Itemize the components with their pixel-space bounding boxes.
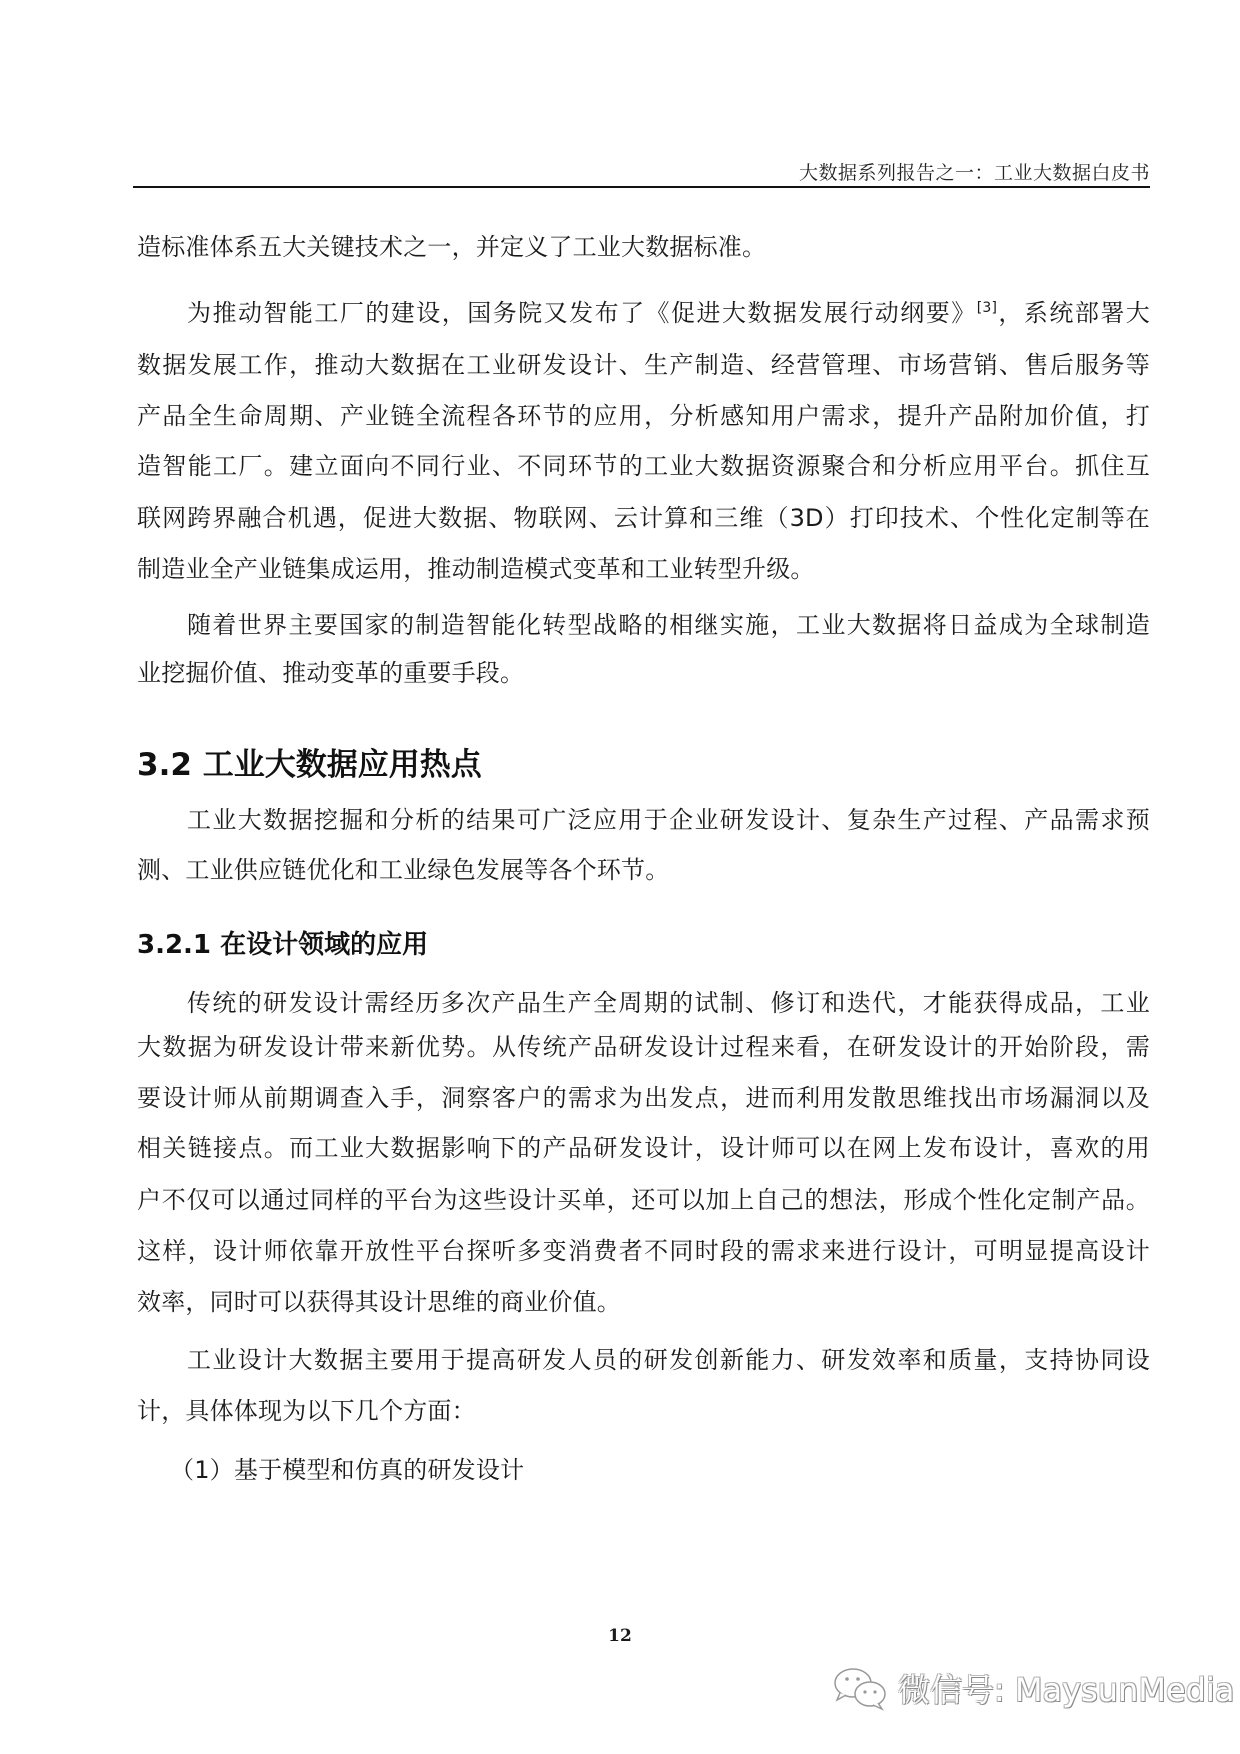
- wechat-watermark: 微信号: MaysunMedia: [832, 1668, 1234, 1708]
- paragraph-line: 测、工业供应链优化和工业绿色发展等各个环节。: [137, 855, 1150, 885]
- paragraph-line: 大数据为研发设计带来新优势。从传统产品研发设计过程来看，在研发设计的开始阶段，需: [137, 1032, 1150, 1062]
- paragraph-line: 计，具体体现为以下几个方面：: [137, 1396, 1150, 1426]
- paragraph-line: 数据发展工作，推动大数据在工业研发设计、生产制造、经营管理、市场营销、售后服务等: [137, 350, 1150, 380]
- paragraph-line: 相关链接点。而工业大数据影响下的产品研发设计，设计师可以在网上发布设计，喜欢的用: [137, 1133, 1150, 1163]
- text-span: ，系统部署大: [997, 299, 1150, 327]
- wechat-icon: [832, 1665, 890, 1711]
- paragraph-line: 造智能工厂。建立面向不同行业、不同环节的工业大数据资源聚合和分析应用平台。抓住互: [137, 451, 1150, 481]
- paragraph-line: 传统的研发设计需经历多次产品生产全周期的试制、修订和迭代，才能获得成品，工业: [187, 988, 1150, 1018]
- paragraph-line: 效率，同时可以获得其设计思维的商业价值。: [137, 1287, 1150, 1317]
- paragraph-line: 业挖掘价值、推动变革的重要手段。: [137, 658, 1150, 688]
- text-span: 为推动智能工厂的建设，国务院又发布了《促进大数据发展行动纲要》: [187, 299, 977, 327]
- paragraph-line: 造标准体系五大关键技术之一，并定义了工业大数据标准。: [137, 232, 1150, 262]
- paragraph-line: 户不仅可以通过同样的平台为这些设计买单，还可以加上自己的想法，形成个性化定制产品…: [137, 1185, 1150, 1215]
- paragraph-line: 制造业全产业链集成运用，推动制造模式变革和工业转型升级。: [137, 554, 1150, 584]
- running-header: 大数据系列报告之一：工业大数据白皮书: [133, 152, 1150, 188]
- watermark-text: 微信号: MaysunMedia: [898, 1665, 1234, 1711]
- paragraph-line: 随着世界主要国家的制造智能化转型战略的相继实施，工业大数据将日益成为全球制造: [187, 610, 1150, 640]
- paragraph-line: 要设计师从前期调查入手，洞察客户的需求为出发点，进而利用发散思维找出市场漏洞以及: [137, 1083, 1150, 1113]
- page-number: 12: [0, 1626, 1240, 1646]
- paragraph-line: 工业大数据挖掘和分析的结果可广泛应用于企业研发设计、复杂生产过程、产品需求预: [187, 805, 1150, 835]
- paragraph-line: 工业设计大数据主要用于提高研发人员的研发创新能力、研发效率和质量，支持协同设: [187, 1345, 1150, 1375]
- paragraph-line-with-citation: 为推动智能工厂的建设，国务院又发布了《促进大数据发展行动纲要》[3]，系统部署大: [187, 298, 1150, 328]
- paragraph-line: 这样，设计师依靠开放性平台探听多变消费者不同时段的需求来进行设计，可明显提高设计: [137, 1236, 1150, 1266]
- paragraph-line: 联网跨界融合机遇，促进大数据、物联网、云计算和三维（3D）打印技术、个性化定制等…: [137, 503, 1150, 533]
- section-heading-3-2: 3.2 工业大数据应用热点: [137, 745, 482, 785]
- running-header-title: 大数据系列报告之一：工业大数据白皮书: [799, 158, 1150, 185]
- section-heading-3-2-1: 3.2.1 在设计领域的应用: [137, 928, 428, 962]
- citation-ref: [3]: [977, 300, 997, 316]
- paragraph-line: 产品全生命周期、产业链全流程各环节的应用，分析感知用户需求，提升产品附加价值，打: [137, 401, 1150, 431]
- list-item: （1）基于模型和仿真的研发设计: [170, 1455, 524, 1485]
